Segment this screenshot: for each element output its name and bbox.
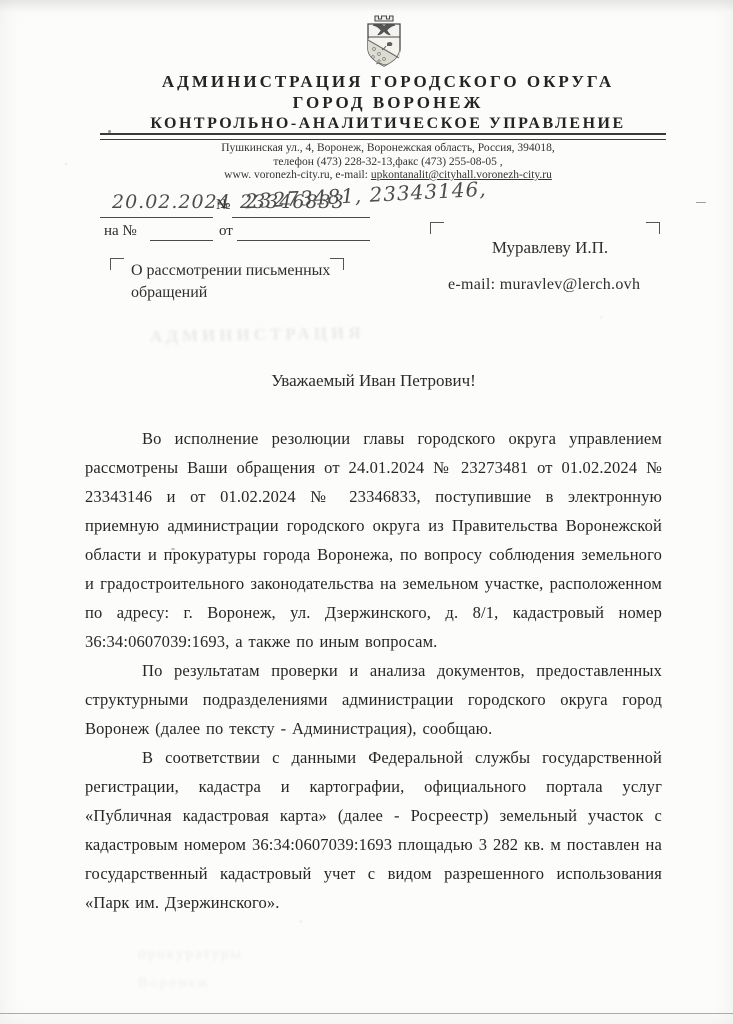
scan-artifact-speck (171, 548, 175, 550)
body-paragraph-3: В соответствии с данными Федеральной слу… (85, 743, 662, 917)
handwritten-outgoing-number: 23346833 (240, 191, 345, 213)
body-paragraph-1: Во исполнение резолюции главы городского… (85, 424, 662, 656)
letterhead: АДМИНИСТРАЦИЯ ГОРОДСКОГО ОКРУГА ГОРОД ВО… (43, 71, 733, 135)
letterhead-divider (100, 133, 666, 140)
number-sign: № (216, 197, 230, 214)
org-name-line2: ГОРОД ВОРОНЕЖ (43, 92, 733, 113)
org-phone-fax: телефон (473) 228-32-13,факс (473) 255-0… (43, 156, 733, 170)
recipient-corner-mark-right (646, 222, 660, 234)
subject-corner-mark-right (330, 258, 344, 270)
org-web-email: www. voronezh-city.ru, e-mail: upkontana… (43, 169, 733, 183)
recipient-corner-mark-left (430, 222, 444, 234)
scan-artifact-speck (108, 130, 111, 133)
org-website: www. voronezh-city.ru, e-mail: (224, 169, 371, 181)
reply-number-blank-line (150, 239, 213, 241)
recipient-name: Муравлеву И.П. (470, 238, 630, 258)
body-paragraph-2: По результатам проверки и анализа докуме… (85, 656, 662, 743)
org-address: Пушкинская ул., 4, Воронеж, Воронежская … (43, 142, 733, 156)
scanned-letter-page: АДМИНИСТРАЦИЯ ГОРОДСКОГО ОКРУГА ГОРОД ВО… (0, 0, 733, 1024)
bleedthrough-text: прокуратуры (138, 946, 243, 963)
org-department-line: КОНТРОЛЬНО-АНАЛИТИЧЕСКОЕ УПРАВЛЕНИЕ (43, 113, 733, 135)
reply-date-blank-line (237, 239, 370, 241)
reply-from-label: от (219, 223, 233, 240)
bleedthrough-text: АДМИНИСТРАЦИЯ (150, 323, 365, 347)
bleedthrough-text: Воронеж (138, 975, 210, 992)
subject-line1: О рассмотрении письменных (131, 262, 330, 280)
subject-line2: обращений (131, 284, 207, 302)
date-blank-line (100, 216, 213, 218)
letterhead-contacts: Пушкинская ул., 4, Воронеж, Воронежская … (43, 142, 733, 183)
scan-artifact-dash (696, 202, 706, 203)
letter-body: Во исполнение резолюции главы городского… (85, 424, 662, 917)
handwritten-date: 20.02.2024 (112, 191, 231, 213)
voronezh-coat-of-arms-icon (354, 13, 414, 71)
reply-to-label: на № (104, 223, 137, 240)
recipient-email: e-mail: muravlev@lerch.ovh (448, 276, 640, 294)
number-blank-line (232, 216, 370, 218)
org-name-line1: АДМИНИСТРАЦИЯ ГОРОДСКОГО ОКРУГА (43, 71, 733, 92)
scan-edge-line (0, 1013, 733, 1014)
salutation: Уважаемый Иван Петрович! (85, 371, 662, 391)
subject-corner-mark-left (110, 258, 124, 270)
